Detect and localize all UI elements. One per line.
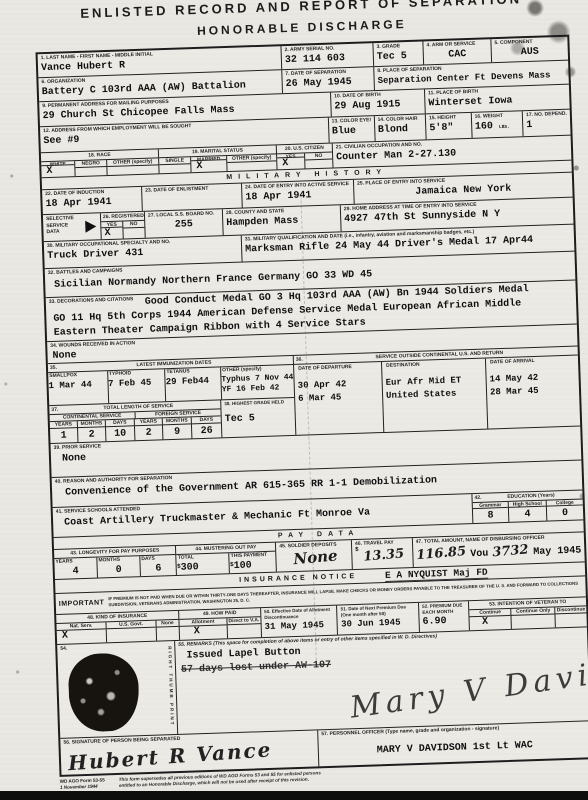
f27-label: 27. LOCAL S.S. BOARD NO. <box>148 210 219 219</box>
field-county-state: 28. COUNTY AND STATE Hampden Mass <box>223 205 342 235</box>
f4-label: 4. ARM OR SERVICE <box>426 40 487 48</box>
f14-label: 14. COLOR HAIR <box>378 116 423 124</box>
foreign-months: MONTHS9 <box>163 417 193 439</box>
cont-years: YEARS1 <box>50 421 79 443</box>
longevity-days: DAYS6 <box>140 555 176 576</box>
citizen-yes: YESX <box>277 153 305 169</box>
field-serial: 2. ARMY SERIAL NO. 32 114 603 <box>281 43 374 69</box>
mustering-out-block: 44. MUSTERING OUT PAY TOTAL$300 THIS PAY… <box>176 543 277 575</box>
f23-label: 23. DATE OF ENLISTMENT <box>145 185 238 194</box>
opt-label: Continue Only <box>512 607 555 616</box>
field-date-induction: 22. DATE OF INDUCTION 18 Apr 1941 <box>42 187 143 214</box>
citizen-no: NO <box>305 153 332 169</box>
other-date-2: YF 16 Feb 42 <box>222 383 294 395</box>
field-grade: 3. GRADE Tec 5 <box>373 41 424 66</box>
opt-label: OTHER (specify) <box>107 158 158 167</box>
f5-value: AUS <box>495 46 565 60</box>
personnel-officer-typed-name: MARY V DAVIDSON 1st Lt WAC <box>322 739 588 760</box>
f54-label: 54. <box>60 642 171 652</box>
arrival-1: 14 May 42 <box>489 372 575 386</box>
opt-label: DAYS <box>140 555 176 562</box>
f47-vou-no: 3732 <box>492 543 529 561</box>
mustering-payment-value: 100 <box>234 560 252 572</box>
field-highest-grade: 38. HIGHEST GRADE HELD Tec 5 <box>221 397 295 437</box>
opt-label: OTHER (specify) <box>221 365 293 374</box>
opt-label: High School <box>509 501 546 508</box>
opt-label: Discontinue <box>556 606 587 614</box>
cont-months-value: 2 <box>78 429 105 442</box>
scanned-document: ENLISTED RECORD AND REPORT OF SEPARATION… <box>0 0 588 800</box>
opt-label: THIS PAYMENT <box>230 552 276 560</box>
f15-value: 5'8" <box>429 122 468 135</box>
race-white-mark: X <box>41 165 74 177</box>
registered-no: NO <box>123 221 145 239</box>
foreign-months-value: 9 <box>163 426 191 439</box>
field-color-hair: 14. COLOR HAIR Blond <box>374 114 426 141</box>
opt-label: U.S. Govt. <box>106 621 155 630</box>
scan-edge <box>0 791 588 800</box>
edu-highschool: High School4 <box>509 501 548 522</box>
intent-continue-only: Continue Only <box>512 607 557 628</box>
separation-form: 1. LAST NAME - FIRST NAME - MIDDLE INITI… <box>36 35 588 777</box>
smallpox-date: 1 Mar 44 <box>48 379 107 392</box>
field-dependents: 17. NO. DEPEND. 1 <box>523 110 571 137</box>
departure-col: DATE OF DEPARTURE 30 Apr 42 6 Mar 45 <box>294 362 384 435</box>
race-negro: NEGRO <box>75 160 107 176</box>
mustering-total-value: 300 <box>181 562 199 574</box>
thumbprint-box: 54. RIGHT THUMB PRINT <box>57 641 178 738</box>
remarks-box: 55. REMARKS (This space for completion o… <box>175 627 588 734</box>
f50-value: 31 May 1945 <box>264 620 334 633</box>
registered-yes-mark: X <box>101 228 122 240</box>
longevity-block: 43. LONGEVITY FOR PAY PURPOSES YEARS4 MO… <box>54 546 177 579</box>
race-group: 18. RACE WHITEX NEGRO OTHER (specify) <box>41 149 160 177</box>
paid-allotment-mark: X <box>180 626 227 639</box>
opt-label: DATE OF ARRIVAL <box>489 357 575 366</box>
intent-discontinue: Discontinue <box>556 606 587 627</box>
f11-value: Winterset Iowa <box>428 94 566 111</box>
f47-date: May 1945 <box>533 546 581 559</box>
opt-label: DAYS <box>106 419 134 427</box>
f10-value: 29 Aug 1915 <box>334 99 421 114</box>
immunization-and-service-length: 35.LATEST IMMUNIZATION DATES SMALLPOX1 M… <box>48 356 296 443</box>
f51-value: 30 Jun 1945 <box>341 618 416 631</box>
foreign-years: YEARS2 <box>135 418 164 440</box>
foreign-years-value: 2 <box>135 427 162 440</box>
opt-label: Grammar <box>473 502 508 509</box>
opt-label: MONTHS <box>163 417 191 425</box>
selective-service-arrow-icon <box>85 220 96 232</box>
opt-label: MONTHS <box>97 556 139 563</box>
intention-block: 53. INTENTION OF VETERAN TO ContinueX Co… <box>469 597 587 630</box>
f17-value: 1 <box>526 119 567 132</box>
discharge-form-document: ENLISTED RECORD AND REPORT OF SEPARATION… <box>34 0 588 792</box>
cont-days: DAYS10 <box>106 419 136 441</box>
registered-yes: YESX <box>101 222 124 240</box>
citizen-group: 20. U.S. CITIZEN YESX NO <box>277 144 334 170</box>
field-next-premium: 51. Date of Next Premium Due (One month … <box>338 603 420 635</box>
f27-value: 255 <box>148 219 219 233</box>
veteran-signature-box: 56. SIGNATURE OF PERSON BEING SEPARATED … <box>60 730 319 775</box>
opt-label: None <box>156 620 178 628</box>
opt-label: YEARS <box>54 558 96 565</box>
f52-value: 6.90 <box>422 616 466 629</box>
opt-label: SMALLPOX <box>48 371 107 379</box>
edu-grammar-value: 8 <box>473 510 508 523</box>
intent-continue-mark: X <box>470 616 511 628</box>
opt-label: NO <box>123 221 144 229</box>
f28-value: Hampden Mass <box>226 215 337 231</box>
field-effective-date: 50. Effective Date of Allotment Disconti… <box>261 606 338 638</box>
typhoid-date: 7 Feb 45 <box>108 377 165 390</box>
f45-value: None <box>293 547 339 569</box>
f17-label: 17. NO. DEPEND. <box>526 111 567 119</box>
field-place-birth: 11. PLACE OF BIRTH Winterset Iowa <box>425 85 570 114</box>
weight-unit: LBS. <box>499 125 510 130</box>
insurance-notice-heading: INSURANCE NOTICE <box>239 573 357 584</box>
f51-label: 51. Date of Next Premium Due (One month … <box>341 604 416 618</box>
opt-label: YEARS <box>135 418 162 426</box>
f4-value: CAC <box>427 49 488 63</box>
f24-value: 18 Apr 1941 <box>245 189 350 204</box>
ins-none: None <box>156 620 179 641</box>
ins-nat-serv: Nat. Serv.X <box>56 622 107 644</box>
field-local-board: 27. LOCAL S.S. BOARD NO. 255 <box>145 209 224 238</box>
f14-value: Blond <box>378 124 423 137</box>
paid-allotment: AllotmentX <box>179 618 228 640</box>
edu-grammar: Grammar8 <box>473 502 510 523</box>
service-outside-block: 36.SERVICE OUTSIDE CONTINENTAL U.S. AND … <box>294 347 580 435</box>
marital-group: 19. MARITAL STATUS SINGLE MARRIEDX OTHER… <box>159 145 278 173</box>
departure-1: 30 Apr 42 <box>298 378 379 391</box>
opt-label: SINGLE <box>159 157 190 165</box>
immun-other: OTHER (specify)Typhus 7 Nov 44YF 16 Feb … <box>221 365 294 399</box>
opt-label: TOTAL <box>177 553 229 561</box>
mustering-total: TOTAL$300 <box>177 553 231 575</box>
important-word: IMPORTANT <box>59 599 105 608</box>
opt-label: MONTHS <box>78 420 105 428</box>
f33-label: 33. DECORATIONS AND CITATIONS <box>49 296 137 305</box>
opt-label: DATE OF DEPARTURE <box>297 363 378 372</box>
immun-smallpox: SMALLPOX1 Mar 44 <box>48 371 109 404</box>
f47-amount: 116.85 <box>415 544 466 563</box>
arrival-2: 28 Mar 45 <box>490 385 576 399</box>
opt-label: YEARS <box>50 421 77 429</box>
selective-service-data: SELECTIVE SERVICE DATA <box>43 213 102 241</box>
immun-tetanus: TETANUS29 Feb44 <box>165 367 222 400</box>
marital-other: OTHER (specify) <box>227 154 276 171</box>
citizen-yes-mark: X <box>277 157 304 169</box>
field-color-eyes: 13. COLOR EYES Blue <box>329 116 376 143</box>
destination-2: United States <box>386 388 483 402</box>
field-soldier-deposits: 45. SOLDIER DEPOSITS None <box>276 540 353 571</box>
f38-label: 38. HIGHEST GRADE HELD <box>224 399 291 407</box>
f47-vou: Vou <box>470 549 488 561</box>
education-block: 42.EDUCATION (Years) Grammar8 High Schoo… <box>472 490 583 523</box>
f46-value: 13.35 <box>363 547 405 565</box>
opt-label: Direct to V.A. <box>227 617 260 625</box>
ssd-label: SELECTIVE SERVICE DATA <box>46 215 83 236</box>
destination-1: Eur Afr Mid ET <box>386 375 483 389</box>
field-total-amount: 47. TOTAL AMOUNT, NAME OF DISBURSING OFF… <box>412 532 584 567</box>
right-thumb-print-label: RIGHT THUMB PRINT <box>167 646 175 726</box>
race-other: OTHER (specify) <box>107 158 158 175</box>
f13-value: Blue <box>332 126 371 139</box>
dollar-sign: $ <box>355 547 359 553</box>
total-length-service-block: 37.TOTAL LENGTH OF SERVICE CONTINENTAL S… <box>49 400 222 443</box>
f50-label: 50. Effective Date of Allotment Disconti… <box>264 607 334 621</box>
arrival-col: DATE OF ARRIVAL 14 May 42 28 Mar 45 <box>486 356 580 429</box>
field-date-enlistment: 23. DATE OF ENLISTMENT <box>142 184 243 211</box>
f7-value: 26 May 1945 <box>286 76 371 91</box>
longevity-months: MONTHS0 <box>97 556 141 577</box>
foreign-days: DAYS26 <box>192 416 222 438</box>
opt-label: NEGRO <box>75 160 106 168</box>
field-date-entry-active: 24. DATE OF ENTRY INTO ACTIVE SERVICE 18… <box>242 180 355 208</box>
opt-label: DESTINATION <box>385 360 482 369</box>
opt-label: TYPHOID <box>108 369 165 377</box>
marital-single: SINGLE <box>159 157 191 173</box>
f52-label: 52. PREMIUM DUE EACH MONTH <box>422 602 466 615</box>
cont-years-value: 1 <box>50 430 77 443</box>
destination-col: DESTINATION Eur Afr Mid ET United States <box>382 359 488 432</box>
f16-value: 160 <box>475 121 493 133</box>
edu-college-value: 0 <box>547 507 583 520</box>
f5-label: 5. COMPONENT <box>494 38 564 47</box>
tetanus-date: 29 Feb44 <box>166 376 221 389</box>
edu-college: College0 <box>547 499 584 520</box>
how-paid-block: 49. HOW PAID AllotmentX Direct to V.A. <box>179 608 262 640</box>
registered-group: 26. REGISTERED YESX NO <box>101 212 146 239</box>
field-component: 5. COMPONENT AUS <box>491 37 568 63</box>
opt-label: NO <box>305 153 332 161</box>
f16-label: 16. WEIGHT <box>474 112 519 120</box>
longevity-years-value: 4 <box>55 566 97 579</box>
mustering-payment: THIS PAYMENT$100 <box>230 552 276 574</box>
f38-value: Tec 5 <box>225 412 292 426</box>
race-white: WHITEX <box>41 161 75 177</box>
marital-married: MARRIEDX <box>191 156 227 172</box>
departure-2: 6 Mar 45 <box>298 391 379 404</box>
intent-continue: ContinueX <box>470 609 513 630</box>
opt-label: College <box>547 499 583 506</box>
paid-direct: Direct to V.A. <box>227 617 261 638</box>
field-travel-pay: 46. TRAVEL PAY $ 13.35 <box>352 538 414 569</box>
f22-value: 18 Apr 1941 <box>45 196 138 211</box>
immun-typhoid: TYPHOID7 Feb 45 <box>108 369 167 402</box>
f2-value: 32 114 603 <box>285 53 370 68</box>
f3-value: Tec 5 <box>377 51 420 64</box>
longevity-days-value: 6 <box>141 563 177 576</box>
field-arm: 4. ARM OR SERVICE CAC <box>423 39 492 64</box>
ins-us-govt: U.S. Govt. <box>106 621 157 643</box>
cont-months: MONTHS2 <box>78 420 107 442</box>
foreign-days-value: 26 <box>192 425 221 438</box>
field-date-birth: 10. DATE OF BIRTH 29 Aug 1915 <box>331 89 426 116</box>
marital-married-mark: X <box>191 160 226 172</box>
form-row: 54. RIGHT THUMB PRINT 55. REMARKS (This … <box>57 627 588 739</box>
opt-label: DAYS <box>192 416 221 424</box>
field-height: 15. HEIGHT 5'8" <box>426 113 472 139</box>
cont-days-value: 10 <box>106 428 134 441</box>
opt-label: OTHER (specify) <box>227 154 276 163</box>
longevity-years: YEARS4 <box>54 558 98 579</box>
thumbprint-image <box>68 652 141 732</box>
longevity-months-value: 0 <box>98 564 140 577</box>
f13-label: 13. COLOR EYES <box>332 117 371 125</box>
field-weight: 16. WEIGHT 160 LBS. <box>471 111 523 138</box>
kind-insurance-block: 48. KIND OF INSURANCE Nat. Serv.X U.S. G… <box>56 611 180 644</box>
f3-label: 3. GRADE <box>376 43 419 51</box>
field-premium-due: 52. PREMIUM DUE EACH MONTH 6.90 <box>419 601 470 632</box>
field-date-separation: 7. DATE OF SEPARATION 26 May 1945 <box>282 67 375 93</box>
ins-nat-serv-mark: X <box>57 630 106 643</box>
opt-label: TETANUS <box>165 367 220 375</box>
edu-highschool-value: 4 <box>509 509 546 522</box>
personnel-officer-box: 57. PERSONNEL OFFICER (Type name, grade … <box>318 721 588 766</box>
f15-label: 15. HEIGHT <box>429 114 468 122</box>
